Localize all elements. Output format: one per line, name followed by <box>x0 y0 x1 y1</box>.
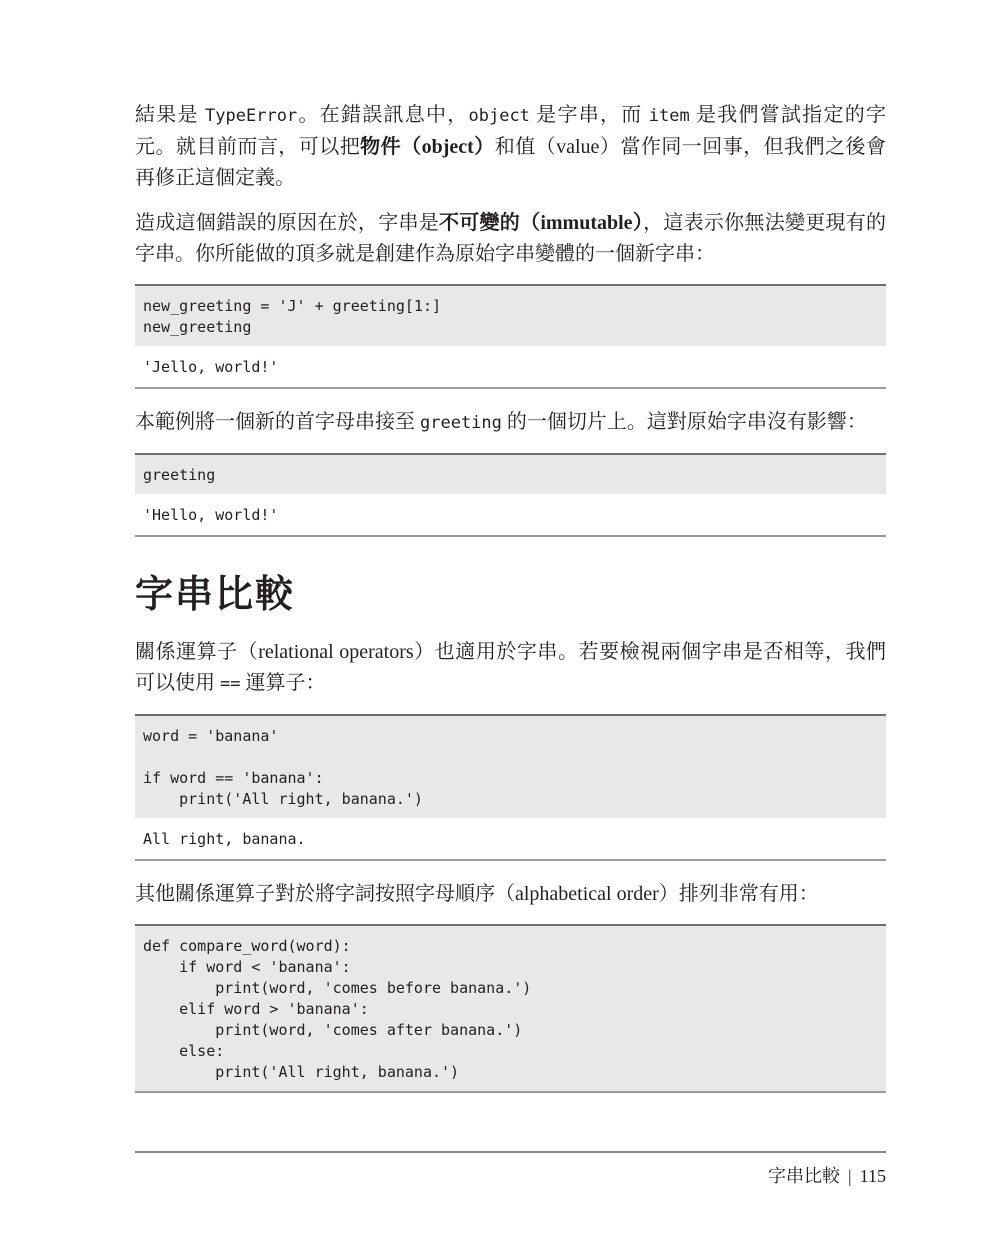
bold-term: 不可變的（immutable） <box>439 212 643 234</box>
book-page: 結果是 TypeError。在錯誤訊息中，object 是字串，而 item 是… <box>0 0 1000 1243</box>
bold-term: 物件（object） <box>360 136 495 158</box>
body-paragraph: 結果是 TypeError。在錯誤訊息中，object 是字串，而 item 是… <box>135 100 886 194</box>
code-output: All right, banana. <box>135 818 886 859</box>
code-input: word = 'banana' if word == 'banana': pri… <box>135 716 886 818</box>
inline-code: object <box>469 106 530 126</box>
code-output: 'Jello, world!' <box>135 346 886 387</box>
inline-code: greeting <box>420 413 502 433</box>
paragraph-text: 結果是 <box>135 104 205 126</box>
paragraph-text: 是字串，而 <box>530 104 649 126</box>
code-cell: new_greeting = 'J' + greeting[1:] new_gr… <box>135 284 886 389</box>
inline-code: item <box>649 106 690 126</box>
paragraph-text: 其他關係運算子對於將字詞按照字母順序（alphabetical order）排列… <box>135 883 819 905</box>
body-paragraph: 造成這個錯誤的原因在於，字串是不可變的（immutable），這表示你無法變更現… <box>135 208 886 270</box>
code-input: def compare_word(word): if word < 'banan… <box>135 926 886 1091</box>
footer-divider: | <box>848 1166 852 1186</box>
code-cell: def compare_word(word): if word < 'banan… <box>135 924 886 1093</box>
body-paragraph: 其他關係運算子對於將字詞按照字母順序（alphabetical order）排列… <box>135 879 886 910</box>
code-cell: greeting 'Hello, world!' <box>135 453 886 537</box>
section-heading: 字串比較 <box>135 573 886 615</box>
code-input: greeting <box>135 455 886 494</box>
page-footer: 字串比較|115 <box>135 1151 886 1188</box>
code-input: new_greeting = 'J' + greeting[1:] new_gr… <box>135 286 886 346</box>
body-paragraph: 關係運算子（relational operators）也適用於字串。若要檢視兩個… <box>135 637 886 700</box>
code-output: 'Hello, world!' <box>135 494 886 535</box>
body-paragraph: 本範例將一個新的首字母串接至 greeting 的一個切片上。這對原始字串沒有影… <box>135 407 886 439</box>
paragraph-text: 造成這個錯誤的原因在於，字串是 <box>135 212 439 234</box>
footer-page-number: 115 <box>860 1166 886 1186</box>
paragraph-text: 。在錯誤訊息中， <box>297 104 468 126</box>
inline-code: == <box>220 674 240 694</box>
paragraph-text: 本範例將一個新的首字母串接至 <box>135 411 420 433</box>
paragraph-text: 的一個切片上。這對原始字串沒有影響： <box>502 411 867 433</box>
inline-code: TypeError <box>205 106 297 126</box>
footer-section-label: 字串比較 <box>768 1166 840 1186</box>
code-cell: word = 'banana' if word == 'banana': pri… <box>135 714 886 861</box>
paragraph-text: 運算子： <box>240 672 325 694</box>
content-column: 結果是 TypeError。在錯誤訊息中，object 是字串，而 item 是… <box>135 0 886 1111</box>
